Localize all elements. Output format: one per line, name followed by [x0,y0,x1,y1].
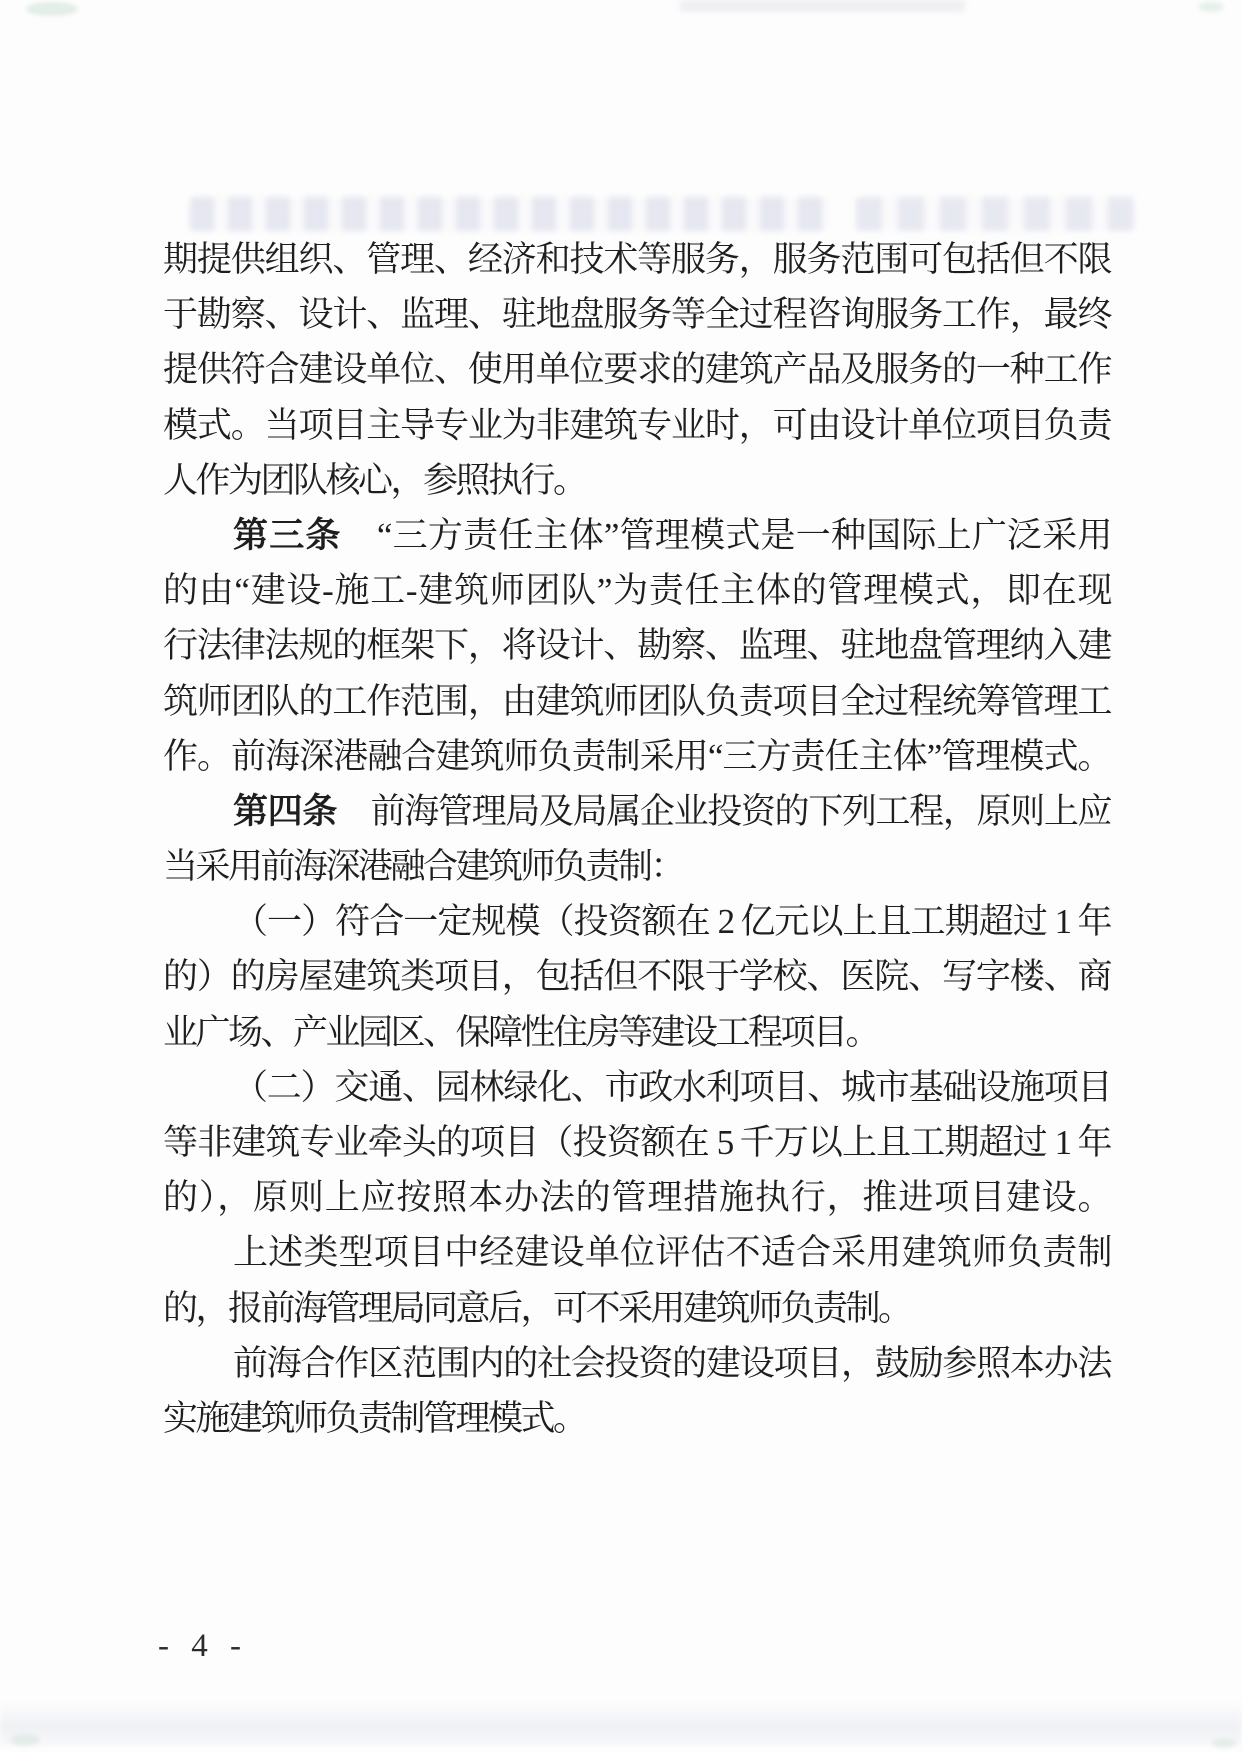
document-line: 当采用前海深港融合建筑师负责制： [163,839,1110,894]
scan-bleedthrough-artifact-right [856,197,1134,231]
article-heading: 第四条 [233,792,337,831]
page-number: - 4 - [158,1628,248,1665]
body-text: 行法律法规的框架下，将设计、勘察、监理、驻地盘管理纳入建 [163,626,1110,665]
body-text: 前海合作区范围内的社会投资的建设项目，鼓励参照本办法 [233,1344,1110,1383]
document-line: 提供符合建设单位、使用单位要求的建筑产品及服务的一种工作 [163,342,1110,397]
document-line: 第三条 “三方责任主体”管理模式是一种国际上广泛采用 [163,508,1110,563]
scan-edge-shadow-bottom [0,1702,1242,1746]
body-text: 提供符合建设单位、使用单位要求的建筑产品及服务的一种工作 [163,350,1110,389]
document-line: 等非建筑专业牵头的项目（投资额在 5 千万以上且工期超过 1 年 [163,1115,1110,1170]
body-text: 期提供组织、管理、经济和技术等服务，服务范围可包括但不限 [163,240,1110,279]
scan-speck-top-right [1198,2,1224,12]
body-text: 当采用前海深港融合建筑师负责制： [163,847,683,886]
body-text: 的，报前海管理局同意后，可不采用建筑师负责制。 [163,1289,911,1328]
scan-speck-top-left [26,2,78,16]
document-line: 的由“建设-施工-建筑师团队”为责任主体的管理模式，即在现 [163,563,1110,618]
body-text: 上述类型项目中经建设单位评估不适合采用建筑师负责制 [233,1233,1110,1272]
document-line: 第四条 前海管理局及局属企业投资的下列工程，原则上应 [163,784,1110,839]
document-line: 人作为团队核心，参照执行。 [163,453,1110,508]
document-line: 作。前海深港融合建筑师负责制采用“三方责任主体”管理模式。 [163,729,1110,784]
document-line: 期提供组织、管理、经济和技术等服务，服务范围可包括但不限 [163,232,1110,287]
body-text: “三方责任主体”管理模式是一种国际上广泛采用 [342,516,1110,555]
scan-smudge-top [680,0,965,12]
text-block: 期提供组织、管理、经济和技术等服务，服务范围可包括但不限于勘察、设计、监理、驻地… [163,232,1110,1446]
document-line: 的，报前海管理局同意后，可不采用建筑师负责制。 [163,1281,1110,1336]
document-line: 行法律法规的框架下，将设计、勘察、监理、驻地盘管理纳入建 [163,618,1110,673]
document-line: 模式。当项目主导专业为非建筑专业时，可由设计单位项目负责 [163,398,1110,453]
body-text: 前海管理局及局属企业投资的下列工程，原则上应 [337,792,1110,831]
body-text: 等非建筑专业牵头的项目（投资额在 5 千万以上且工期超过 1 年 [163,1123,1110,1162]
body-text: 人作为团队核心，参照执行。 [163,461,586,500]
document-line: （一）符合一定规模（投资额在 2 亿元以上且工期超过 1 年 [163,894,1110,949]
body-text: （一）符合一定规模（投资额在 2 亿元以上且工期超过 1 年 [233,902,1110,941]
article-heading: 第三条 [233,516,342,555]
scan-bleedthrough-artifact-left [190,197,830,231]
document-line: 前海合作区范围内的社会投资的建设项目，鼓励参照本办法 [163,1336,1110,1391]
body-text: 筑师团队的工作范围，由建筑师团队负责项目全过程统筹管理工 [163,682,1110,721]
document-line: （二）交通、园林绿化、市政水利项目、城市基础设施项目 [163,1060,1110,1115]
body-text: 的由“建设-施工-建筑师团队”为责任主体的管理模式，即在现 [163,571,1110,610]
body-text: （二）交通、园林绿化、市政水利项目、城市基础设施项目 [233,1068,1110,1107]
document-line: 于勘察、设计、监理、驻地盘服务等全过程咨询服务工作，最终 [163,287,1110,342]
body-text: 于勘察、设计、监理、驻地盘服务等全过程咨询服务工作，最终 [163,295,1110,334]
body-text: 模式。当项目主导专业为非建筑专业时，可由设计单位项目负责 [163,406,1110,445]
body-text: 的）的房屋建筑类项目，包括但不限于学校、医院、写字楼、商 [163,957,1110,996]
document-page: 期提供组织、管理、经济和技术等服务，服务范围可包括但不限于勘察、设计、监理、驻地… [0,0,1242,1752]
document-line: 的），原则上应按照本办法的管理措施执行，推进项目建设。 [163,1170,1110,1225]
document-line: 业广场、产业园区、保障性住房等建设工程项目。 [163,1005,1110,1060]
body-text: 的），原则上应按照本办法的管理措施执行，推进项目建设。 [163,1178,1110,1217]
document-line: 上述类型项目中经建设单位评估不适合采用建筑师负责制 [163,1225,1110,1280]
body-text: 作。前海深港融合建筑师负责制采用“三方责任主体”管理模式。 [163,737,1110,776]
document-line: 实施建筑师负责制管理模式。 [163,1391,1110,1446]
document-line: 筑师团队的工作范围，由建筑师团队负责项目全过程统筹管理工 [163,674,1110,729]
body-text: 实施建筑师负责制管理模式。 [163,1399,586,1438]
body-text: 业广场、产业园区、保障性住房等建设工程项目。 [163,1013,878,1052]
document-line: 的）的房屋建筑类项目，包括但不限于学校、医院、写字楼、商 [163,949,1110,1004]
